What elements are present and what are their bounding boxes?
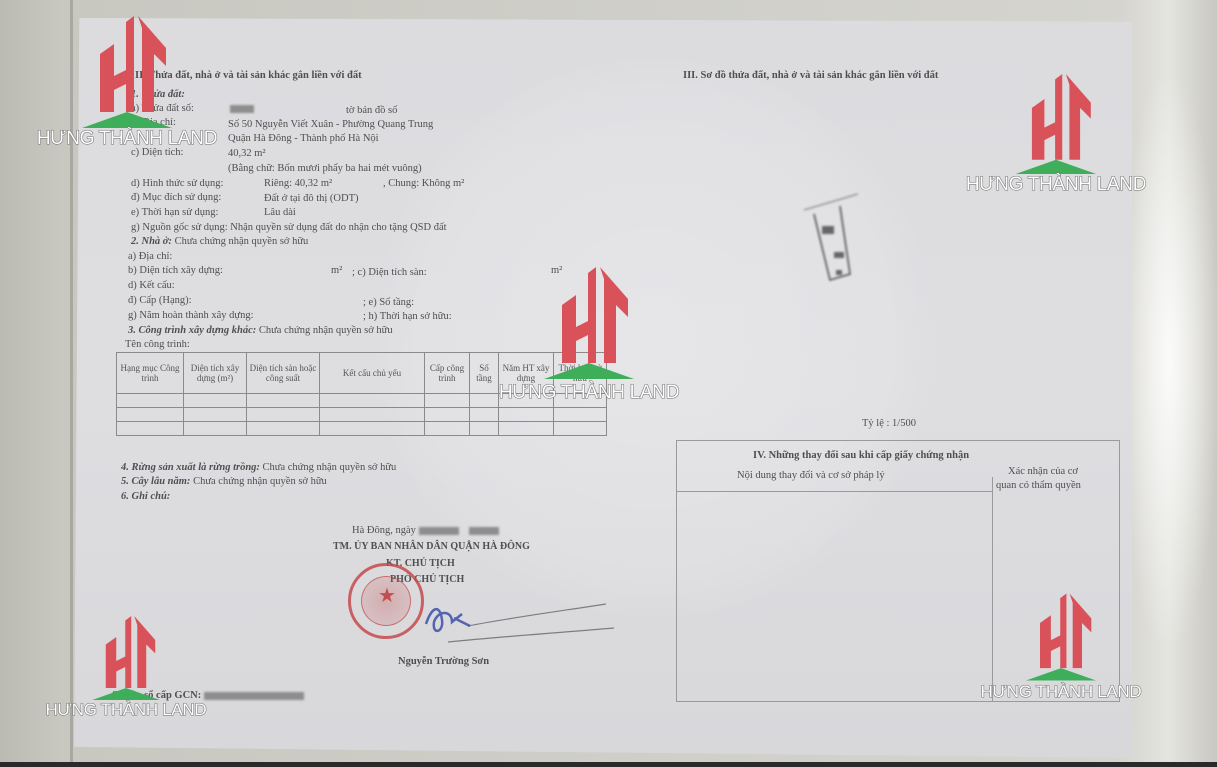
section-4-value: Chưa chứng nhận quyền sở hữu xyxy=(263,462,397,473)
area-value: 40,32 m² xyxy=(228,147,266,160)
house-build-area-unit: m² xyxy=(331,264,342,277)
section-2-label: 2. Nhà ở: xyxy=(131,236,172,247)
ht-logo-icon xyxy=(1011,74,1101,174)
works-name-label: Tên công trình: xyxy=(125,338,190,351)
col-header: Diện tích xây dựng (m²) xyxy=(184,353,247,394)
origin-line: g) Nguồn gốc sử dụng: Nhận quyền sử dụng… xyxy=(131,221,447,234)
house-address: a) Địa chỉ: xyxy=(128,250,172,263)
house-floor-area: ; c) Diện tích sàn: xyxy=(352,266,427,279)
table-row xyxy=(117,422,607,436)
section-6-label: 6. Ghi chú: xyxy=(121,490,170,503)
watermark-label: HƯNG THÀNH LAND xyxy=(966,682,1156,702)
scale-label: Tỷ lệ : 1/500 xyxy=(862,417,916,430)
parcel-sketch xyxy=(800,190,870,285)
parcel-number-redacted xyxy=(230,102,254,115)
changes-col-confirm-1: Xác nhận của cơ xyxy=(1008,465,1078,478)
house-build-area: b) Diện tích xây dựng: xyxy=(128,264,223,277)
changes-col-content: Nội dung thay đổi và cơ sở pháp lý xyxy=(737,469,885,482)
ht-logo-icon xyxy=(544,264,634,382)
purpose-label: đ) Mục đích sử dụng: xyxy=(131,191,221,204)
section-4-label: 4. Rừng sản xuất là rừng trồng: xyxy=(121,462,260,473)
watermark-top-left: HƯNG THÀNH LAND xyxy=(32,16,222,150)
sign-organization: TM. ỦY BAN NHÂN DÂN QUẬN HÀ ĐÔNG xyxy=(333,540,530,553)
section-2-value: Chưa chứng nhận quyền sở hữu xyxy=(175,236,309,247)
term-value: Lâu dài xyxy=(264,206,296,219)
purpose-value: Đất ở tại đô thị (ODT) xyxy=(264,192,359,205)
section-iv-title: IV. Những thay đổi sau khi cấp giấy chứn… xyxy=(753,449,969,462)
watermark-bottom-right: HƯNG THÀNH LAND xyxy=(966,592,1156,702)
section-iii-title: III. Sơ đồ thửa đất, nhà ở và tài sản kh… xyxy=(683,69,938,82)
sign-place-date: Hà Đông, ngày xyxy=(352,524,499,537)
ht-logo-icon xyxy=(1026,592,1096,682)
watermark-bottom-left: HƯNG THÀNH LAND xyxy=(31,616,221,720)
house-floors: ; e) Số tầng: xyxy=(363,296,414,309)
watermark-label: HƯNG THÀNH LAND xyxy=(32,128,222,150)
sign-place-date-text: Hà Đông, ngày xyxy=(352,525,416,536)
address-line1: Số 50 Nguyễn Viết Xuân - Phường Quang Tr… xyxy=(228,118,433,131)
national-emblem-icon: ★ xyxy=(361,576,411,626)
redacted-date xyxy=(419,527,459,535)
section-5-value: Chưa chứng nhận quyền sở hữu xyxy=(193,476,327,487)
section-5-label: 5. Cây lâu năm: xyxy=(121,476,190,487)
official-red-stamp: ★ xyxy=(348,563,424,639)
house-section: 2. Nhà ở: Chưa chứng nhận quyền sở hữu xyxy=(131,235,308,248)
section-3-value: Chưa chứng nhận quyền sở hữu xyxy=(259,325,393,336)
term-label: e) Thời hạn sử dụng: xyxy=(131,206,218,219)
signer-name: Nguyễn Trường Sơn xyxy=(398,655,489,668)
area-in-words: (Bằng chữ: Bốn mươi phẩy ba hai mét vuôn… xyxy=(228,162,422,175)
map-sheet-label: tờ bản đồ số xyxy=(346,104,397,117)
table-row xyxy=(117,408,607,422)
other-works-section: 3. Công trình xây dựng khác: Chưa chứng … xyxy=(128,324,393,337)
house-grade: đ) Cấp (Hạng): xyxy=(128,294,192,307)
perennial-section: 5. Cây lâu năm: Chưa chứng nhận quyền sở… xyxy=(121,475,327,488)
star-icon: ★ xyxy=(362,585,412,605)
usage-form-label: d) Hình thức sử dụng: xyxy=(131,177,223,190)
col-header: Kết cấu chủ yếu xyxy=(320,353,425,394)
watermark-top-right: HƯNG THÀNH LAND xyxy=(961,74,1151,196)
house-structure: d) Kết cấu: xyxy=(128,279,175,292)
col-header: Hạng mục Công trình xyxy=(117,353,184,394)
redacted-year xyxy=(469,527,499,535)
ht-logo-icon xyxy=(91,616,161,700)
changes-col-confirm-2: quan có thẩm quyền xyxy=(996,479,1081,492)
ht-logo-icon xyxy=(82,16,172,128)
watermark-label: HƯNG THÀNH LAND xyxy=(961,174,1151,196)
bottom-edge xyxy=(0,762,1217,767)
signature xyxy=(418,596,618,646)
watermark-label: HƯNG THÀNH LAND xyxy=(494,382,684,404)
col-header: Cấp công trình xyxy=(425,353,470,394)
section-3-label: 3. Công trình xây dựng khác: xyxy=(128,325,256,336)
house-completion-year: g) Năm hoàn thành xây dựng: xyxy=(128,309,254,322)
watermark-label: HƯNG THÀNH LAND xyxy=(31,700,221,720)
forest-section: 4. Rừng sản xuất là rừng trồng: Chưa chứ… xyxy=(121,461,396,474)
house-ownership-term: ; h) Thời hạn sở hữu: xyxy=(363,310,452,323)
address-line2: Quận Hà Đông - Thành phố Hà Nội xyxy=(228,132,379,145)
col-header: Diện tích sàn hoặc công suất xyxy=(247,353,320,394)
usage-shared-value: , Chung: Không m² xyxy=(383,177,464,190)
usage-form-value: Riêng: 40,32 m² xyxy=(264,177,332,190)
watermark-center: HƯNG THÀNH LAND xyxy=(494,264,684,404)
